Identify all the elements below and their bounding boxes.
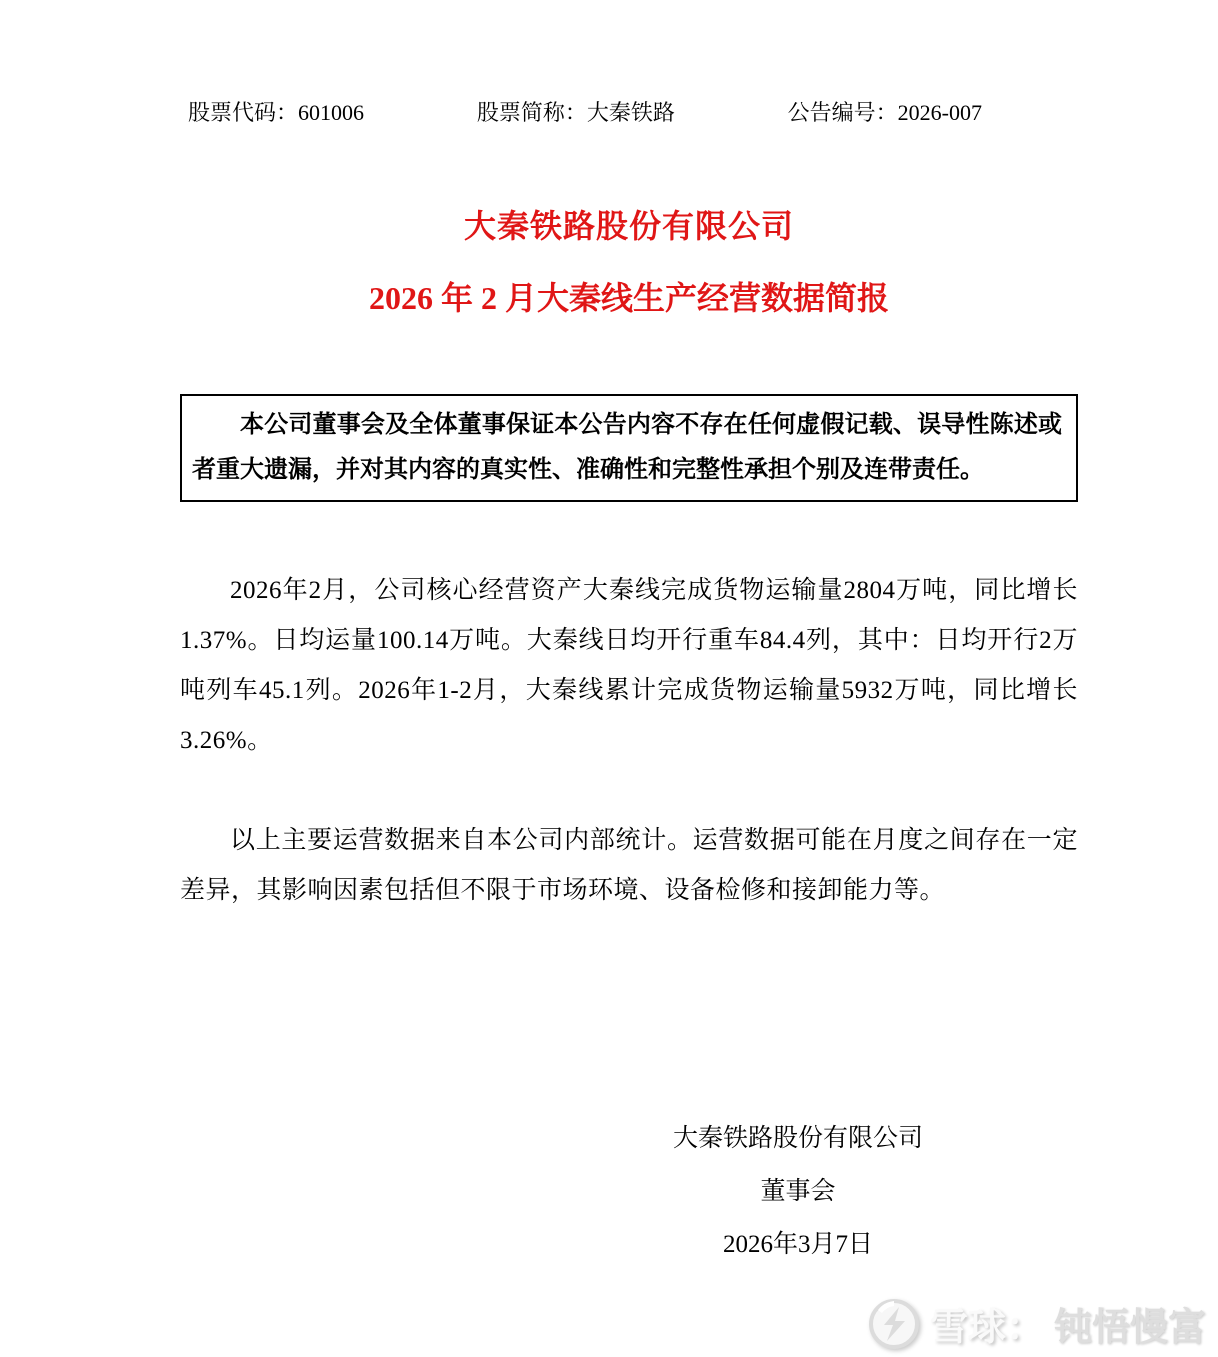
- announcement-document: 股票代码：601006 股票简称：大秦铁路 公告编号：2026-007 大秦铁路…: [0, 0, 1218, 1357]
- disclaimer-text: 本公司董事会及全体董事保证本公告内容不存在任何虚假记载、误导性陈述或者重大遗漏，…: [192, 402, 1062, 492]
- announcement-number: 公告编号：2026-007: [788, 100, 982, 126]
- signature-board: 董事会: [638, 1165, 958, 1218]
- company-title: 大秦铁路股份有限公司: [180, 206, 1078, 246]
- disclaimer-box: 本公司董事会及全体董事保证本公告内容不存在任何虚假记载、误导性陈述或者重大遗漏，…: [180, 394, 1078, 502]
- signature-company: 大秦铁路股份有限公司: [638, 1112, 958, 1165]
- paragraph-operating-data: 2026年2月，公司核心经营资产大秦线完成货物运输量2804万吨，同比增长1.3…: [180, 566, 1078, 766]
- document-header: 股票代码：601006 股票简称：大秦铁路 公告编号：2026-007: [180, 100, 1078, 126]
- watermark-username: 钝悟慢富: [1054, 1296, 1206, 1351]
- signature-block: 大秦铁路股份有限公司 董事会 2026年3月7日: [638, 1112, 958, 1271]
- report-title: 2026 年 2 月大秦线生产经营数据简报: [180, 278, 1078, 318]
- paragraph-data-source-note: 以上主要运营数据来自本公司内部统计。运营数据可能在月度之间存在一定差异，其影响因…: [180, 816, 1078, 916]
- signature-date: 2026年3月7日: [638, 1218, 958, 1271]
- watermark: 雪球：钝悟慢富: [868, 1296, 1206, 1351]
- stock-name: 股票简称：大秦铁路: [477, 100, 675, 126]
- xueqiu-logo-icon: [868, 1298, 920, 1350]
- stock-code: 股票代码：601006: [188, 100, 364, 126]
- watermark-brand: 雪球：: [930, 1296, 1044, 1351]
